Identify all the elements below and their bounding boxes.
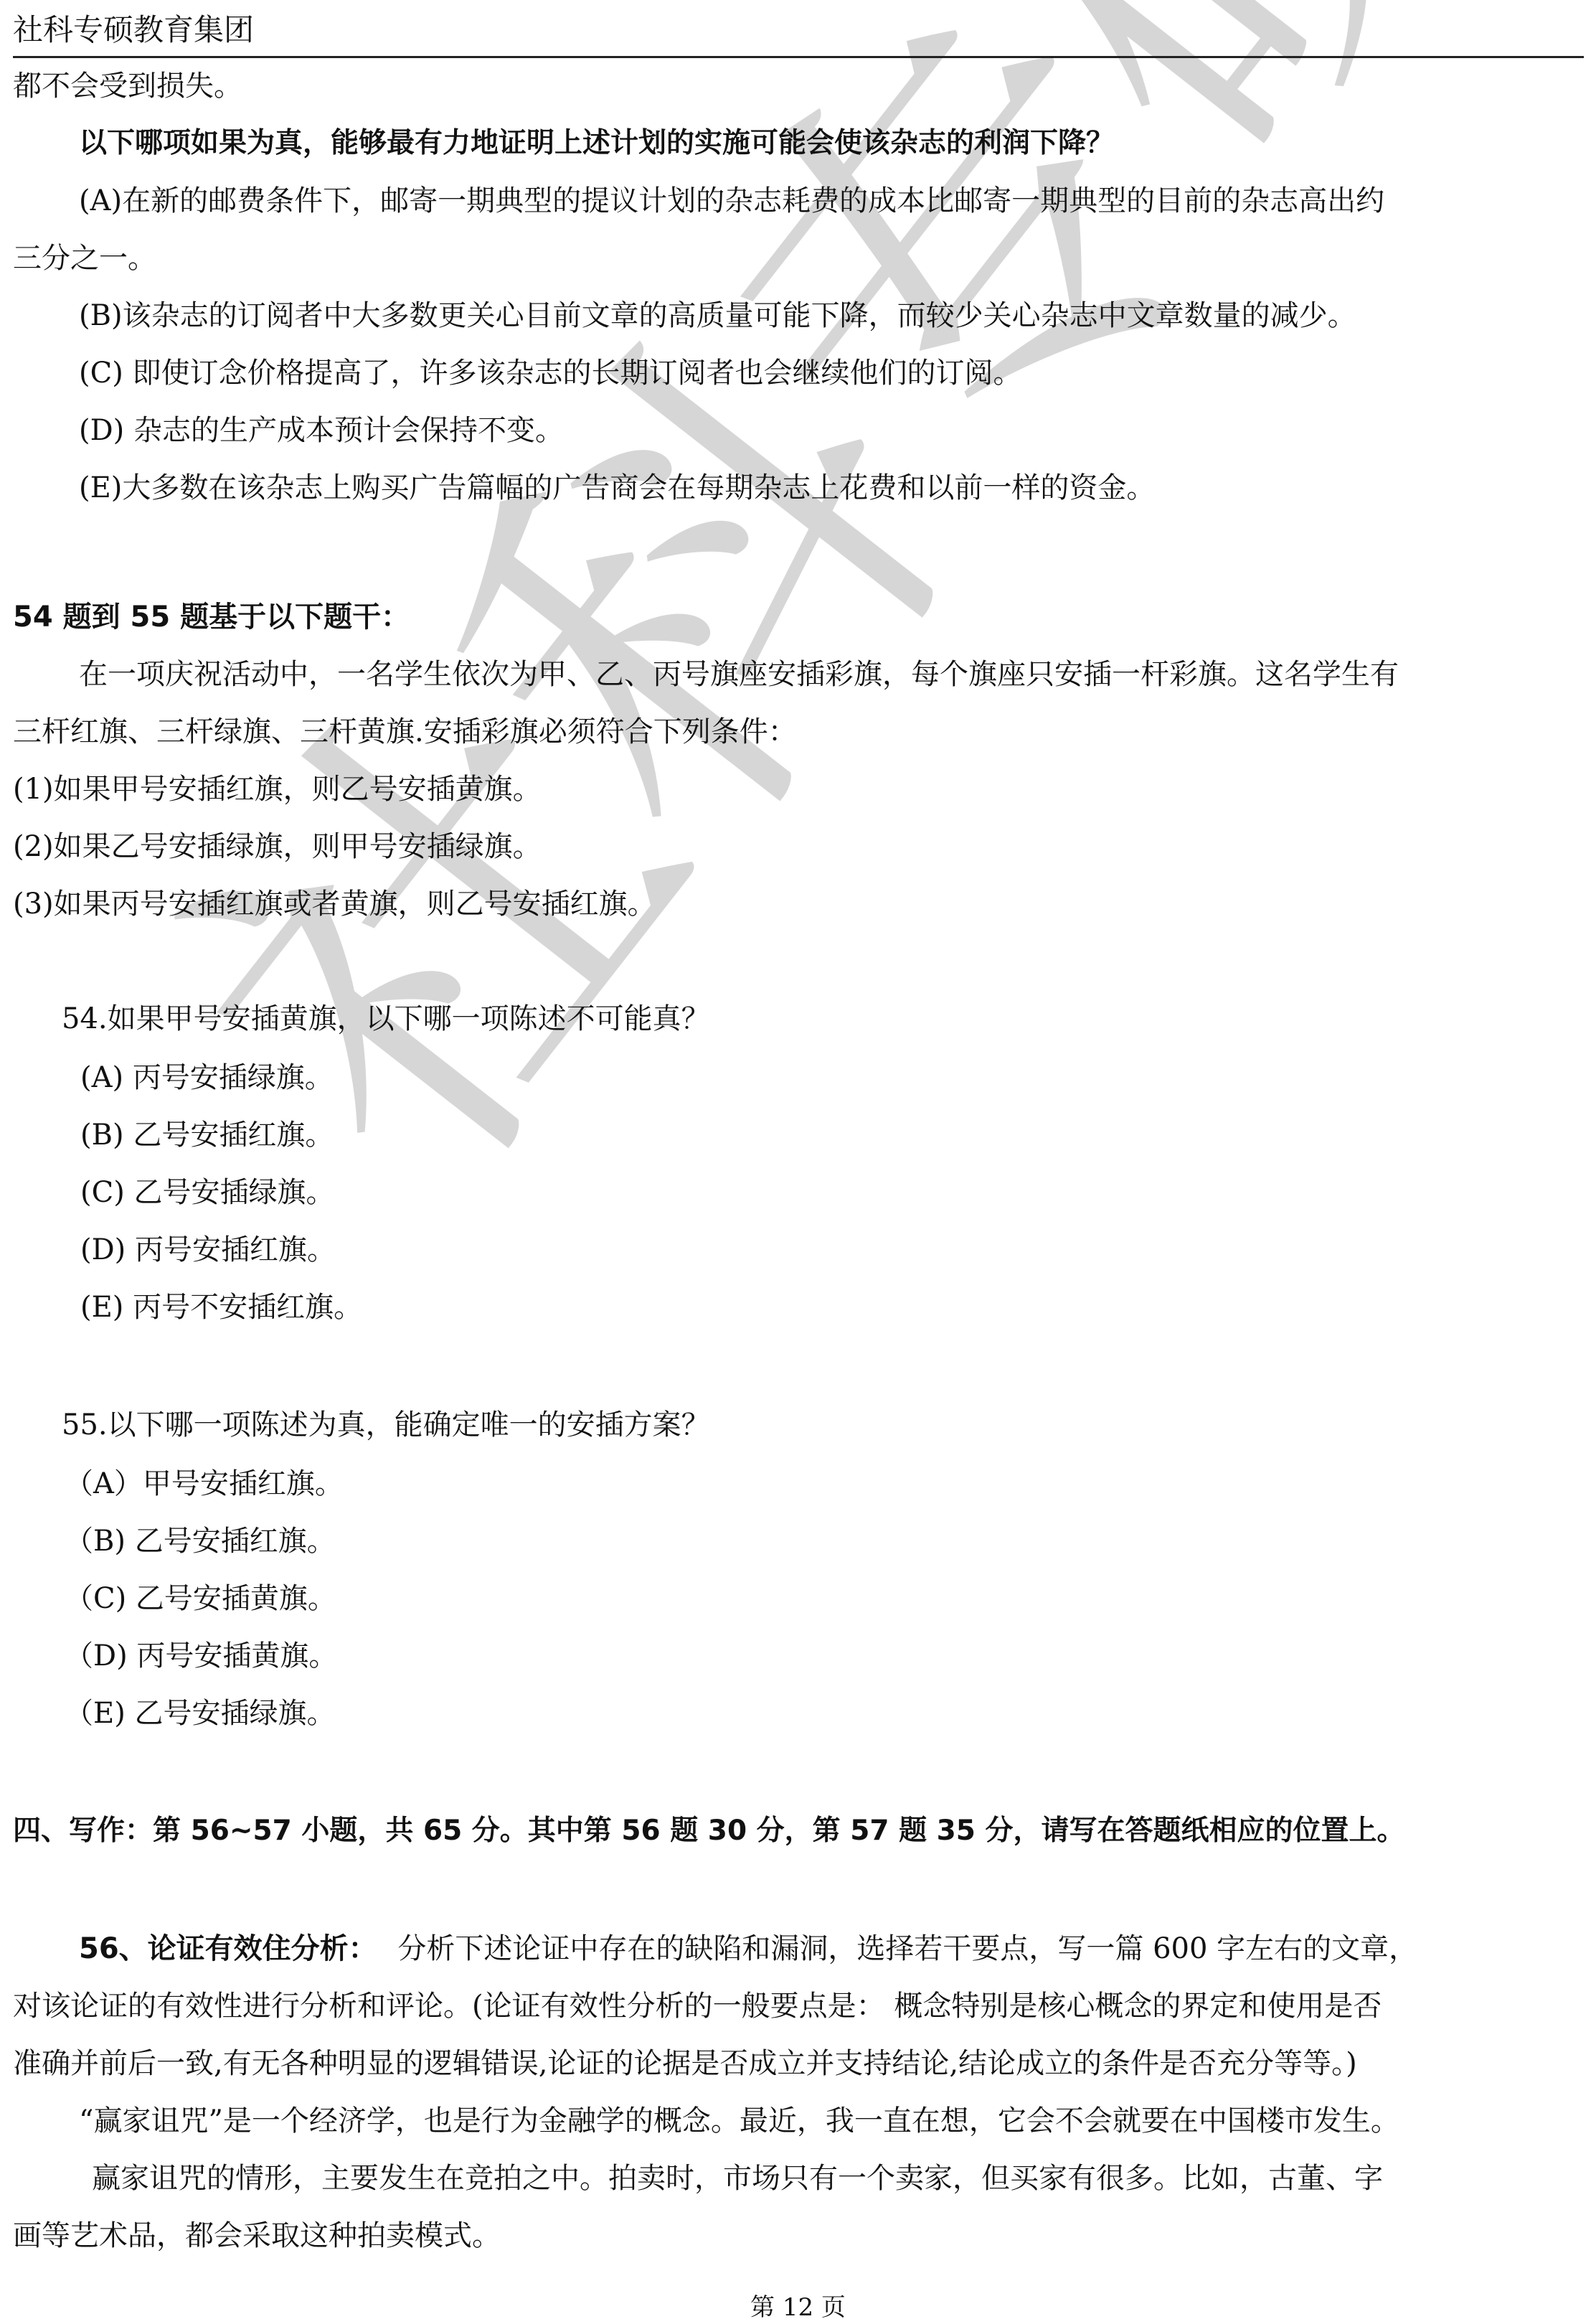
- q55-option-d: （D) 丙号安插黄旗。: [65, 1636, 337, 1676]
- stem-condition-3: (3)如果丙号安插红旗或者黄旗，则乙号安插红旗。: [13, 884, 656, 924]
- page-header-org-name: 社科专硕教育集团: [13, 10, 254, 50]
- stem-paragraph-line1: 在一项庆祝活动中，一名学生依次为甲、乙、丙号旗座安插彩旗，每个旗座只安插一杆彩旗…: [79, 654, 1399, 695]
- stem-condition-2: (2)如果乙号安插绿旗，则甲号安插绿旗。: [13, 827, 542, 867]
- passage-line2: 赢家诅咒的情形，主要发生在竞拍之中。拍卖时，市场只有一个卖家，但买家有很多。比如…: [92, 2158, 1383, 2198]
- document-page: 社科专硕教育集团 都不会受到损失。 以下哪项如果为真，能够最有力地证明上述计划的…: [0, 0, 1596, 2324]
- q54-question: 54.如果甲号安插黄旗，以下哪一项陈述不可能真？: [62, 999, 710, 1039]
- passage-line1: “赢家诅咒”是一个经济学，也是行为金融学的概念。最近，我一直在想，它会不会就要在…: [79, 2101, 1399, 2141]
- q54-option-a: (A) 丙号安插绿旗。: [80, 1058, 334, 1098]
- q54-option-b: (B) 乙号安插红旗。: [80, 1115, 334, 1155]
- q56-prompt-line2: 对该论证的有效性进行分析和评论。(论证有效性分析的一般要点是： 概念特别是核心概…: [13, 1986, 1382, 2026]
- stem-paragraph-line2: 三杆红旗、三杆绿旗、三杆黄旗.安插彩旗必须符合下列条件：: [13, 712, 797, 752]
- header-divider: [13, 56, 1584, 58]
- writing-section-title: 四、写作：第 56~57 小题，共 65 分。其中第 56 题 30 分，第 5…: [13, 1811, 1405, 1851]
- q55-option-b: （B) 乙号安插红旗。: [65, 1521, 336, 1561]
- q53-question: 以下哪项如果为真，能够最有力地证明上述计划的实施可能会使该杂志的利润下降？: [79, 123, 1114, 164]
- q53-option-a-line1: (A)在新的邮费条件下，邮寄一期典型的提议计划的杂志耗费的成本比邮寄一期典型的目…: [79, 181, 1384, 221]
- q53-continuation: 都不会受到损失。: [13, 66, 242, 106]
- stem-condition-1: (1)如果甲号安插红旗，则乙号安插黄旗。: [13, 769, 542, 809]
- q53-option-d: (D) 杂志的生产成本预计会保持不变。: [79, 410, 564, 451]
- q54-option-c: (C) 乙号安插绿旗。: [80, 1172, 335, 1213]
- q53-option-e: (E)大多数在该杂志上购买广告篇幅的广告商会在每期杂志上花费和以前一样的资金。: [79, 468, 1155, 508]
- q56-prompt-text: 分析下述论证中存在的缺陷和漏洞，选择若干要点，写一篇 600 字左右的文章，: [397, 1932, 1417, 1965]
- q56-prompt-line3: 准确并前后一致,有无各种明显的逻辑错误,论证的论据是否成立并支持结论,结论成立的…: [13, 2043, 1357, 2084]
- stem-title: 54 题到 55 题基于以下题干：: [13, 597, 410, 637]
- q55-question: 55.以下哪一项陈述为真，能确定唯一的安插方案？: [62, 1405, 710, 1445]
- page-number: 第 12 页: [0, 2293, 1596, 2322]
- q53-option-a-line2: 三分之一。: [13, 238, 156, 278]
- passage-line3: 画等艺术品，都会采取这种拍卖模式。: [13, 2216, 501, 2256]
- q56-label: 56、论证有效住分析：: [79, 1932, 377, 1965]
- q53-option-b: (B)该杂志的订阅者中大多数更关心目前文章的高质量可能下降，而较少关心杂志中文章…: [79, 296, 1356, 336]
- q55-option-c: （C) 乙号安插黄旗。: [65, 1579, 336, 1619]
- q56-prompt-line1: 56、论证有效住分析： 分析下述论证中存在的缺陷和漏洞，选择若干要点，写一篇 6…: [79, 1929, 1417, 1969]
- q54-option-e: (E) 丙号不安插红旗。: [80, 1287, 362, 1327]
- q53-option-c: (C) 即使订念价格提高了，许多该杂志的长期订阅者也会继续他们的订阅。: [79, 353, 1022, 393]
- q54-option-d: (D) 丙号安插红旗。: [80, 1230, 336, 1270]
- q55-option-a: （A）甲号安插红旗。: [65, 1464, 344, 1504]
- q55-option-e: （E) 乙号安插绿旗。: [65, 1693, 336, 1733]
